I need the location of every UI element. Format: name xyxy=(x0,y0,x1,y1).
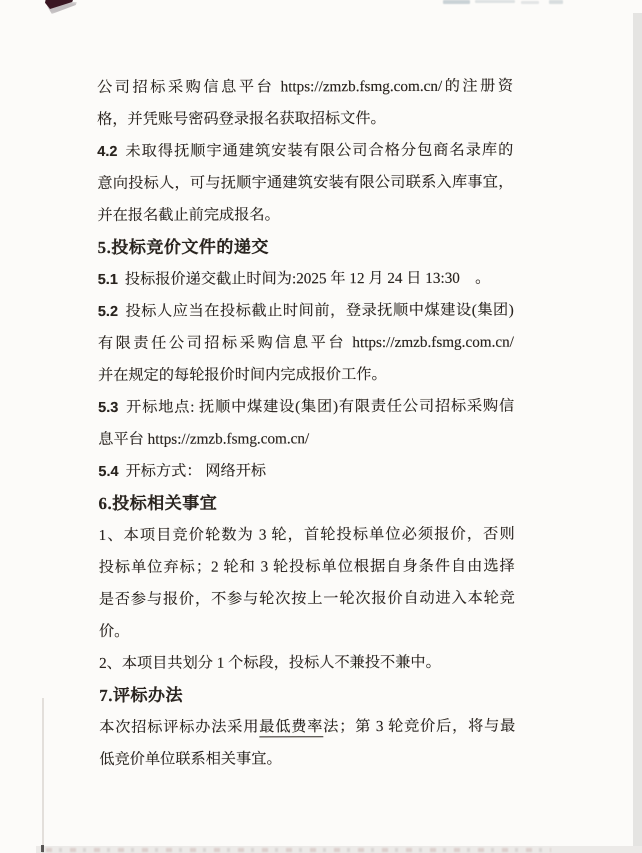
doc-line-text: 法；第 3 轮竞价后，将与最 xyxy=(323,718,515,736)
doc-line-text: 低竞价单位联系相关事宜。 xyxy=(99,750,281,768)
doc-line: 投标单位弃标；2 轮和 3 轮投标单位根据自身条件自由选择 xyxy=(99,551,515,584)
doc-line-text: 价。 xyxy=(99,623,129,640)
section-heading-5: 5.投标竞价文件的递交 xyxy=(98,231,514,264)
bleed-through-text-noise xyxy=(46,848,551,852)
doc-line: 本次招标评标办法采用最低费率法；第 3 轮竞价后，将与最 xyxy=(99,711,515,744)
doc-line: 4.2未取得抚顺宇通建筑安装有限公司合格分包商名录库的 xyxy=(97,135,513,168)
doc-line-text: 投标单位弃标；2 轮和 3 轮投标单位根据自身条件自由选择 xyxy=(99,558,515,576)
doc-line-text: 意向投标人，可与抚顺宇通建筑安装有限公司联系入库事宜， xyxy=(97,174,513,192)
ink-bleed-mark xyxy=(521,1,539,4)
scanned-document-page: 公司招标采购信息平台 https://zmzb.fsmg.com.cn/的注册资… xyxy=(0,0,642,853)
doc-line-text: 并在规定的每轮报价时间内完成报价工作。 xyxy=(98,366,387,384)
doc-line-text: 本次招标评标办法采用 xyxy=(99,718,259,736)
doc-line-text: 开标方式： 网络开标 xyxy=(126,462,267,479)
doc-line: 1、本项目竞价轮数为 3 轮，首轮投标单位必须报价，否则 xyxy=(99,519,515,552)
doc-line-text: 有限责任公司招标采购信息平台 https://zmzb.fsmg.com.cn/ xyxy=(98,334,514,352)
ink-bleed-mark xyxy=(443,0,470,4)
doc-line: 价。 xyxy=(99,615,515,648)
underlined-text: 最低费率 xyxy=(259,718,323,737)
doc-line-text: 2、本项目共划分 1 个标段，投标人不兼投不兼中。 xyxy=(99,654,441,672)
doc-line-text: 公司招标采购信息平台 https://zmzb.fsmg.com.cn/的注册资 xyxy=(97,78,513,96)
section-number: 5.1 xyxy=(98,272,118,288)
ink-bleed-mark xyxy=(549,0,563,4)
doc-line-text: 投标报价递交截止时间为:2025 年 12 月 24 日 13:30 。 xyxy=(125,270,490,288)
doc-line: 是否参与报价，不参与轮次按上一轮次报价自动进入本轮竞 xyxy=(99,583,515,616)
doc-line: 5.1投标报价递交截止时间为:2025 年 12 月 24 日 13:30 。 xyxy=(98,263,514,296)
section-heading-7: 7.评标办法 xyxy=(99,679,515,712)
ink-bleed-mark xyxy=(475,0,515,3)
section-number: 5.3 xyxy=(98,400,118,416)
doc-line: 意向投标人，可与抚顺宇通建筑安装有限公司联系入库事宜， xyxy=(97,167,513,200)
doc-line: 2、本项目共划分 1 个标段，投标人不兼投不兼中。 xyxy=(99,647,515,680)
doc-line-text: 并在报名截止前完成报名。 xyxy=(97,206,279,224)
doc-line: 公司招标采购信息平台 https://zmzb.fsmg.com.cn/的注册资 xyxy=(97,71,513,104)
doc-line-text: 未取得抚顺宇通建筑安装有限公司合格分包商名录库的 xyxy=(124,142,513,160)
doc-line: 5.3开标地点: 抚顺中煤建设(集团)有限责任公司招标采购信 xyxy=(98,391,514,424)
doc-line-text: 格，并凭账号密码登录报名获取招标文件。 xyxy=(97,110,386,128)
doc-line: 有限责任公司招标采购信息平台 https://zmzb.fsmg.com.cn/ xyxy=(98,327,514,360)
section-number: 5.4 xyxy=(98,464,118,480)
doc-line-text: 是否参与报价，不参与轮次按上一轮次报价自动进入本轮竞 xyxy=(99,590,515,608)
doc-line: 5.2投标人应当在投标截止时间前，登录抚顺中煤建设(集团) xyxy=(98,295,514,328)
scanner-edge-right xyxy=(633,13,642,846)
doc-line-text: 开标地点: 抚顺中煤建设(集团)有限责任公司招标采购信 xyxy=(125,398,514,416)
heading-text: 6.投标相关事宜 xyxy=(98,494,217,513)
doc-line-text: 1、本项目竞价轮数为 3 轮，首轮投标单位必须报价，否则 xyxy=(99,526,515,544)
doc-line: 5.4开标方式： 网络开标 xyxy=(98,455,514,488)
doc-line: 格，并凭账号密码登录报名获取招标文件。 xyxy=(97,103,513,136)
paper-crease-line xyxy=(42,698,44,853)
section-number: 5.2 xyxy=(98,304,118,320)
doc-line-text: 息平台 https://zmzb.fsmg.com.cn/ xyxy=(98,430,309,448)
document-body: 公司招标采购信息平台 https://zmzb.fsmg.com.cn/的注册资… xyxy=(97,71,515,776)
doc-line-text: 投标人应当在投标截止时间前，登录抚顺中煤建设(集团) xyxy=(125,302,514,320)
section-number: 4.2 xyxy=(97,144,117,160)
heading-text: 5.投标竞价文件的递交 xyxy=(98,237,269,257)
heading-text: 7.评标办法 xyxy=(99,686,183,705)
doc-line: 息平台 https://zmzb.fsmg.com.cn/ xyxy=(98,423,514,456)
doc-line: 并在规定的每轮报价时间内完成报价工作。 xyxy=(98,359,514,392)
edge-tick-mark xyxy=(41,845,44,852)
section-heading-6: 6.投标相关事宜 xyxy=(98,487,514,520)
doc-line: 并在报名截止前完成报名。 xyxy=(97,199,513,232)
doc-line: 低竞价单位联系相关事宜。 xyxy=(99,743,515,776)
